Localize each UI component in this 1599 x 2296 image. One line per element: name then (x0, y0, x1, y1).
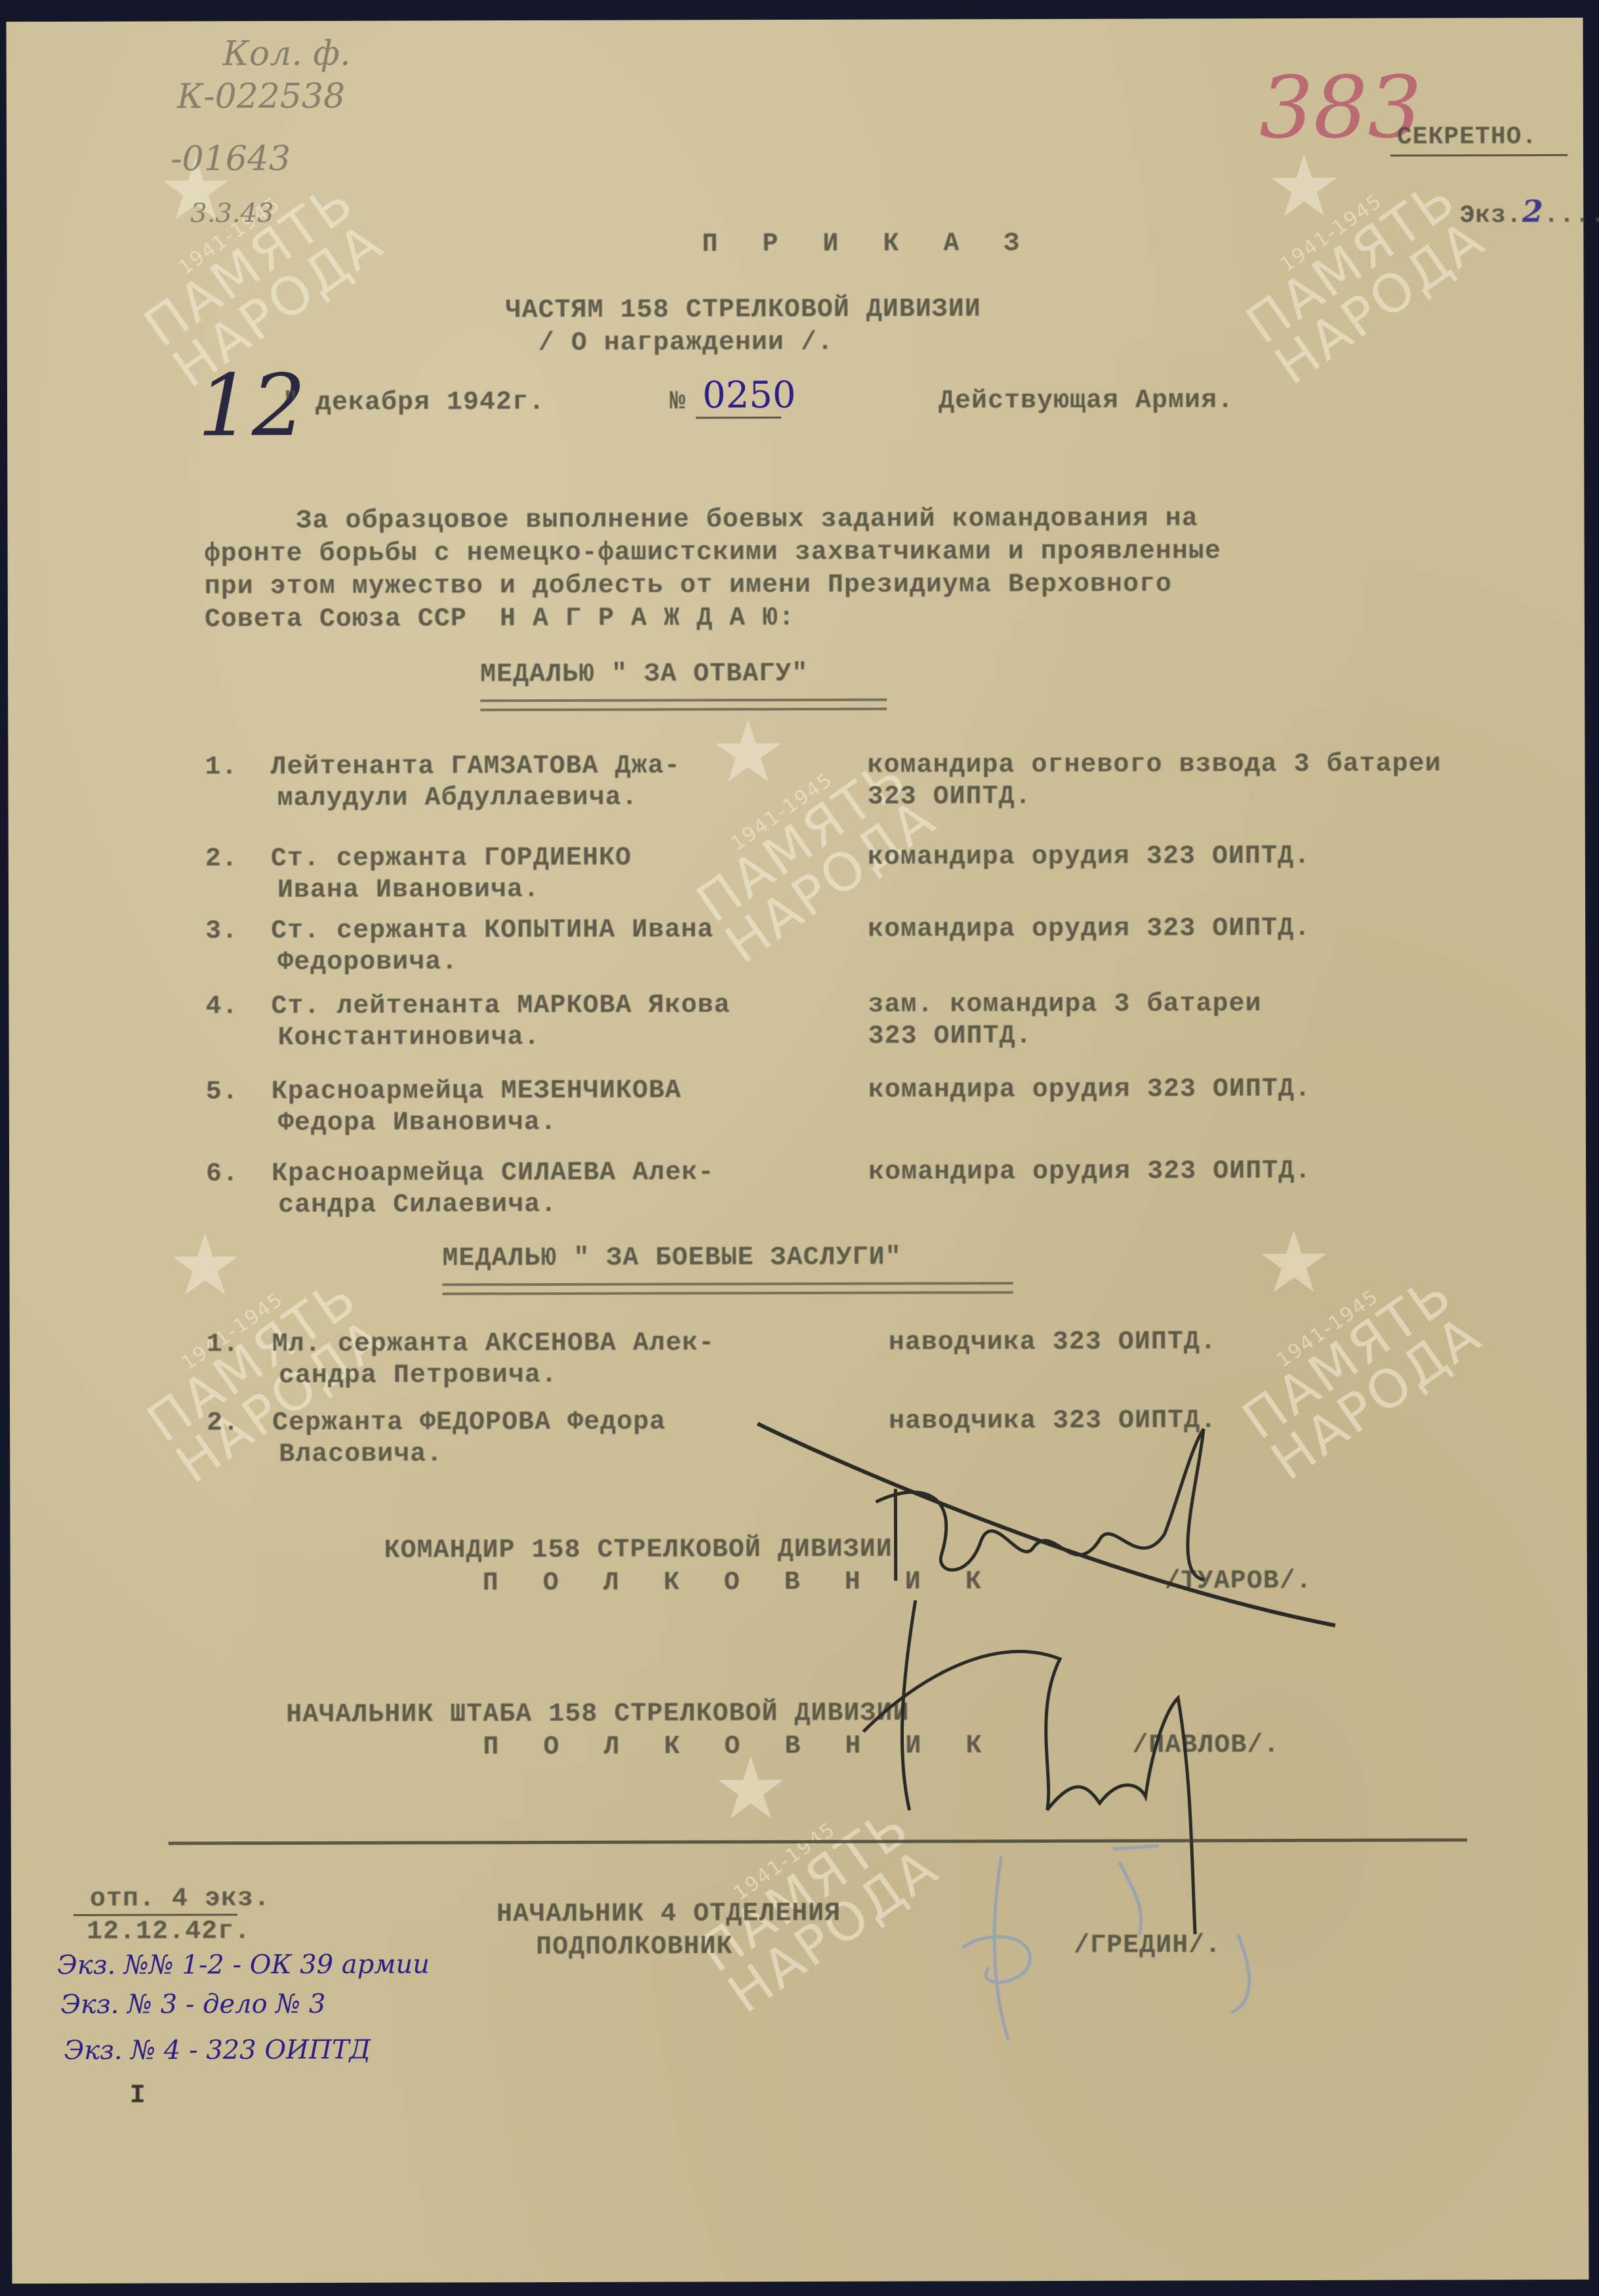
order-date: " декабря 1942г. (283, 388, 545, 418)
recipient-name: Ст. сержанта КОПЫТИНА Ивана (271, 915, 714, 946)
order-title: П Р И К А З (702, 229, 1034, 259)
printed-copies: отп. 4 экз. (90, 1884, 270, 1914)
recipient-position: командира орудия 323 ОИПТД. (868, 1075, 1311, 1105)
recipient-name: Ст. сержанта ГОРДИЕНКО (271, 844, 632, 874)
recipient-name: Ст. лейтенанта МАРКОВА Якова (271, 991, 730, 1021)
archive-note: К-022538 (177, 77, 345, 117)
archive-note: 3.3.43 (190, 198, 273, 228)
item-number: 4. (205, 992, 238, 1021)
recipient-name: Мл. сержанта АКСЕНОВА Алек- (272, 1328, 715, 1359)
preamble-line: фронте борьбы с немецко-фашистскими захв… (205, 537, 1221, 569)
order-subtitle: ЧАСТЯМ 158 СТРЕЛКОВОЙ ДИВИЗИИ (506, 295, 981, 325)
divider (1390, 154, 1568, 157)
recipient-position: 323 ОИПТД. (868, 782, 1032, 812)
item-number: 3. (205, 916, 238, 946)
recipient-name: Красноармейца СИЛАЕВА Алек- (272, 1158, 714, 1189)
recipient-position: командира орудия 323 ОИПТД. (868, 1157, 1311, 1187)
recipient-name: сандра Петровича. (279, 1361, 557, 1391)
watermark-star-icon: ★ (710, 702, 786, 802)
section-heading: МЕДАЛЬЮ " ЗА БОЕВЫЕ ЗАСЛУГИ" (442, 1243, 901, 1274)
recipient-position: наводчика 323 ОИПТД. (889, 1327, 1217, 1357)
order-location: Действующая Армия. (939, 386, 1234, 416)
archive-note: Кол. ф. (223, 34, 351, 74)
watermark-star-icon: ★ (167, 1215, 243, 1315)
item-number: 6. (206, 1159, 239, 1189)
distribution-note: Экз. №№ 1-2 - ОК 39 армии (57, 1949, 430, 1980)
order-number: 0250 (702, 374, 796, 417)
recipient-name: Федоровича. (277, 947, 458, 977)
recipient-name: Лейтенанта ГАМЗАТОВА Джа- (270, 751, 680, 782)
section-heading: МЕДАЛЬЮ " ЗА ОТВАГУ" (480, 659, 808, 689)
preamble-line: За образцовое выполнение боевых заданий … (296, 504, 1198, 536)
archive-mark: I (130, 2081, 146, 2111)
copy-number: Экз.2..... (1397, 165, 1599, 258)
divider (696, 417, 781, 419)
recipient-name: малудули Абдуллаевича. (277, 783, 638, 813)
classification-label: СЕКРЕТНО. (1397, 123, 1537, 152)
order-topic: / О награждении /. (538, 328, 834, 358)
recipient-name: Красноармейца МЕЗЕНЧИКОВА (272, 1076, 681, 1107)
recipient-name: Константиновича. (277, 1023, 540, 1053)
recipient-position: командира огневого взвода 3 батареи (867, 749, 1441, 780)
item-number: 2. (205, 844, 238, 874)
document-page: ★ 1941-1945 ПАМЯТЬ НАРОДА ★ 1941-1945 ПА… (6, 18, 1589, 2284)
signatory-title: НАЧАЛЬНИК 4 ОТДЕЛЕНИЯ (496, 1899, 841, 1929)
signature-gredin (949, 1835, 1291, 2046)
watermark-star-icon: ★ (1255, 1212, 1332, 1312)
recipient-position: командира орудия 323 ОИПТД. (868, 914, 1310, 945)
order-number-prefix: № (670, 387, 686, 417)
distribution-note: Экз. № 3 - дело № 3 (60, 1989, 325, 2020)
archive-note: -01643 (171, 139, 291, 178)
printed-date: 12.12.42г. (87, 1917, 251, 1947)
heading-underline (480, 699, 887, 712)
divider (73, 1914, 237, 1916)
preamble-line: при этом мужество и доблесть от имени Пр… (205, 570, 1172, 602)
recipient-name: Власовича. (279, 1439, 443, 1469)
recipient-position: 323 ОИПТД. (868, 1021, 1032, 1052)
recipient-name: сандра Силаевича. (278, 1190, 557, 1220)
item-number: 2. (207, 1408, 239, 1438)
recipient-name: Сержанта ФЕДОРОВА Федора (272, 1408, 666, 1439)
recipient-position: зам. командира 3 батареи (868, 989, 1261, 1020)
signatory-title: НАЧАЛЬНИК ШТАБА 158 СТРЕЛКОВОЙ ДИВИЗИИ (286, 1699, 909, 1730)
item-number: 5. (206, 1077, 239, 1107)
preamble-line: Совета Союза ССР Н А Г Р А Ж Д А Ю: (205, 604, 795, 634)
item-number: 1. (205, 752, 237, 782)
distribution-note: Экз. № 4 - 323 ОИПТД (64, 2035, 371, 2066)
heading-underline (443, 1282, 1013, 1295)
item-number: 1. (207, 1330, 239, 1359)
recipient-name: Федора Ивановича. (278, 1108, 557, 1138)
signatory-rank: ПОДПОЛКОВНИК (536, 1932, 733, 1962)
recipient-position: командира орудия 323 ОИПТД. (868, 842, 1310, 872)
recipient-name: Ивана Ивановича. (277, 875, 540, 905)
